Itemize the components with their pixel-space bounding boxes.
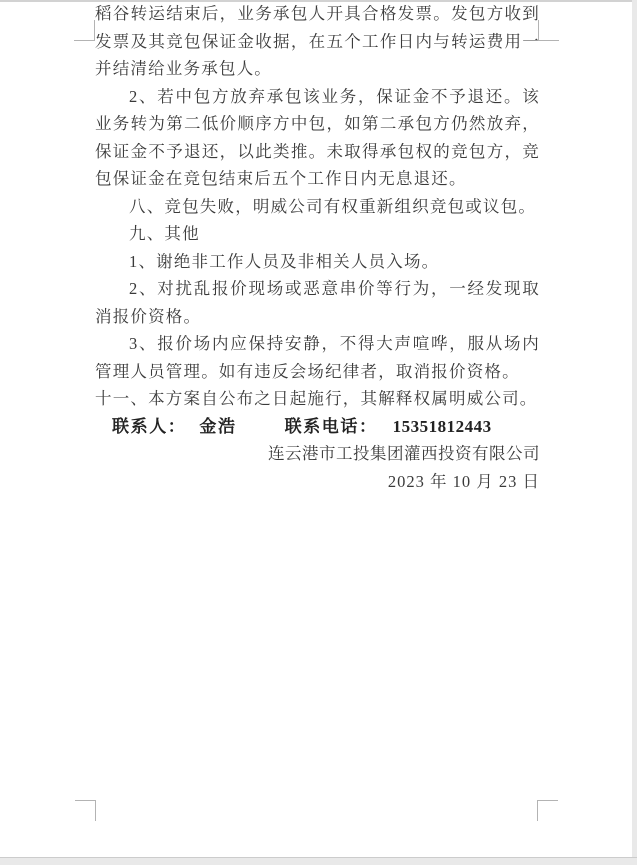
paragraph-rule-1: 1、谢绝非工作人员及非相关人员入场。 xyxy=(95,248,540,276)
contact-person-label: 联系人： xyxy=(112,417,186,436)
paragraph-clause-8: 八、竞包失败，明威公司有权重新组织竞包或议包。 xyxy=(95,193,540,221)
text-boundary-mark-top-right xyxy=(538,20,559,41)
text-boundary-mark-bottom-right xyxy=(537,800,558,821)
paragraph-clause-9: 九、其他 xyxy=(95,220,540,248)
paragraph-settlement: 稻谷转运结束后，业务承包人开具合格发票。发包方收到发票及其竞包保证金收据，在五个… xyxy=(95,0,540,83)
signature-date: 2023 年 10 月 23 日 xyxy=(95,468,540,496)
signature-company: 连云港市工投集团灌西投资有限公司 xyxy=(95,440,540,468)
document-body: 稻谷转运结束后，业务承包人开具合格发票。发包方收到发票及其竞包保证金收据，在五个… xyxy=(95,0,540,495)
text-boundary-mark-top-left xyxy=(74,20,95,41)
paragraph-clause-11: 十一、本方案自公布之日起施行，其解释权属明威公司。 xyxy=(95,385,540,413)
page-bottom-edge xyxy=(0,857,637,865)
document-page: 稻谷转运结束后，业务承包人开具合格发票。发包方收到发票及其竞包保证金收据，在五个… xyxy=(0,0,637,865)
page-right-edge xyxy=(632,0,637,865)
paragraph-deposit-forfeit: 2、若中包方放弃承包该业务，保证金不予退还。该业务转为第二低价顺序方中包，如第二… xyxy=(95,83,540,193)
paragraph-rule-3: 3、报价场内应保持安静，不得大声喧哗，服从场内管理人员管理。如有违反会场纪律者，… xyxy=(95,330,540,385)
contact-line: 联系人：金浩联系电话：15351812443 xyxy=(95,413,540,441)
contact-phone-number: 15351812443 xyxy=(393,417,492,436)
contact-person-name: 金浩 xyxy=(199,417,236,436)
paragraph-rule-2: 2、对扰乱报价现场或恶意串价等行为，一经发现取消报价资格。 xyxy=(95,275,540,330)
contact-phone-label: 联系电话： xyxy=(285,417,378,436)
text-boundary-mark-bottom-left xyxy=(75,800,96,821)
